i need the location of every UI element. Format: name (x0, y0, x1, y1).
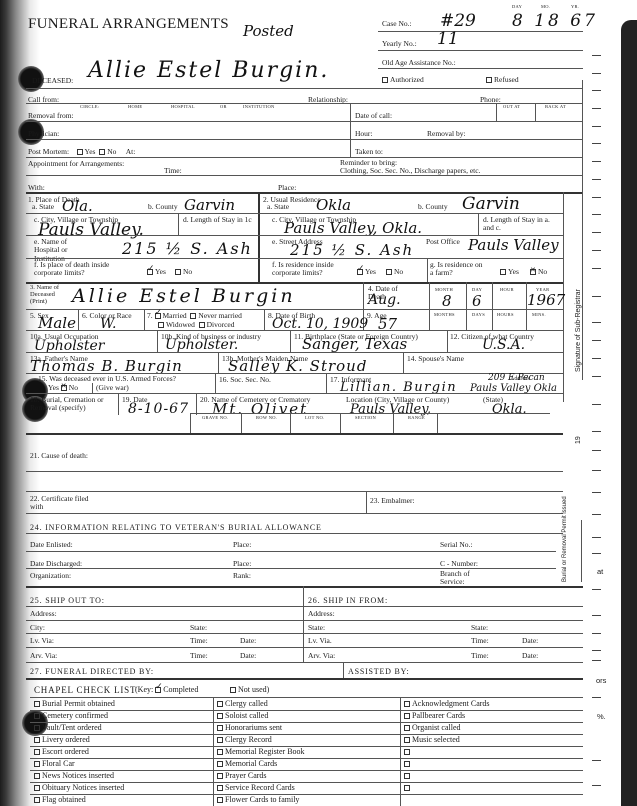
divider (492, 282, 493, 330)
divider (92, 383, 93, 393)
divorced-checkbox[interactable] (199, 322, 205, 328)
key-label: (Key: (135, 685, 153, 694)
margin-tick (592, 214, 601, 215)
divider (26, 258, 258, 259)
ur-length-stay-label: d. Length of Stay in a. and c. (483, 216, 558, 233)
dob-value[interactable]: Oct. 10, 1909 (272, 317, 368, 331)
divider (26, 513, 563, 514)
ship-out-arv-via-label: Arv. Via: (30, 652, 57, 660)
checklist-item[interactable]: Music selected (404, 736, 460, 744)
divider (26, 491, 563, 492)
margin-tick (592, 179, 601, 180)
margin-tick (592, 431, 601, 432)
case-date-value[interactable]: 8 18 67 (512, 13, 598, 30)
pod-state-label: a. State (32, 203, 54, 211)
divorced-label: Divorced (207, 320, 235, 329)
removal-by-label: Removal by: (427, 130, 466, 138)
checklist-item[interactable]: Flower Cards to family (217, 796, 299, 804)
dod-day-value[interactable]: 6 (472, 294, 482, 309)
out-at-label: OUT AT (503, 105, 520, 110)
checklist-item[interactable]: Service Record Cards (217, 784, 295, 792)
organization-label: Organization: (30, 572, 71, 580)
divider (350, 103, 351, 157)
ship-out-address-label: Address: (30, 610, 57, 618)
divider (196, 393, 197, 415)
age-months-col: MONTHS (434, 313, 455, 318)
year-prefix: 19 (575, 436, 582, 444)
divider (303, 586, 304, 662)
ur-farm-yes-checkbox[interactable]: Yes (500, 268, 519, 276)
removal-from-label: Removal from: (28, 112, 74, 120)
not-used-label: Not used) (238, 685, 269, 694)
yearly-no-value[interactable]: 11 (437, 31, 459, 48)
divider (30, 734, 583, 735)
name-of-deceased-label: 3. Name of Deceased (Print) (30, 285, 64, 305)
checklist-item[interactable]: Cemetery confirmed (34, 712, 108, 720)
divider (343, 662, 344, 678)
ship-in-state-label: State: (308, 624, 325, 632)
home-option[interactable]: HOME (128, 105, 142, 110)
married-checkbox[interactable] (155, 313, 161, 319)
branch-label: Branch of Service: (440, 570, 480, 586)
divider (258, 192, 260, 282)
hospital-option[interactable]: HOSPITAL (171, 105, 195, 110)
margin-tick (592, 660, 601, 661)
embalmer-label: 23. Embalmer: (370, 497, 415, 505)
widowed-label: Widowed (166, 320, 195, 329)
pod-state-value[interactable]: Ola. (62, 199, 93, 214)
divider (258, 213, 563, 214)
yearly-no-label: Yearly No.: (382, 40, 417, 48)
divider (30, 746, 583, 747)
appointment-label: Appointment for Arrangements: (28, 160, 124, 168)
marital-status: 7. Married Never married (147, 312, 242, 320)
physician-label: Physician: (28, 130, 59, 138)
checklist-item[interactable]: Escort ordered (34, 748, 89, 756)
divider (26, 471, 563, 472)
margin-tick (592, 650, 601, 651)
divider (447, 330, 448, 352)
cause-of-death-label: 21. Cause of death: (30, 452, 88, 460)
sex-value[interactable]: Male (38, 316, 76, 331)
day-col-label: DAY (512, 5, 522, 10)
divider (366, 491, 367, 513)
marital-status-2: Widowed Divorced (158, 321, 235, 329)
margin-tick (592, 358, 601, 359)
dod-year-value[interactable]: 1967 (527, 293, 565, 308)
divider (535, 103, 536, 121)
refused-checkbox[interactable]: Refused (486, 76, 519, 84)
ors-fragment: ors (596, 677, 606, 685)
place-label: Place: (278, 184, 296, 192)
funeral-directed-label: 27. FUNERAL DIRECTED BY: (30, 667, 154, 676)
pod-hospital-value[interactable]: 215 ½ S. Ash (122, 241, 253, 257)
pod-corporate-label: f. Is place of death inside corporate li… (34, 261, 124, 278)
mo-col-label: MO. (541, 5, 550, 10)
no-label: No (538, 267, 547, 276)
chapel-checklist-title: CHAPEL CHECK LIST (34, 685, 136, 695)
date-of-death-value[interactable]: Aug. (368, 293, 401, 307)
post-mortem-no-checkbox[interactable] (99, 149, 105, 155)
business-value[interactable]: Upholster. (165, 338, 238, 352)
married-label: Married (163, 311, 187, 320)
deceased-label: DECEASED: (32, 77, 73, 85)
divider (326, 373, 327, 393)
never-married-checkbox[interactable] (190, 313, 196, 319)
old-age-label: Old Age Assistance No.: (382, 59, 456, 67)
burial-cremation-label: 18. Burial, Cremation or Removal (specif… (30, 396, 110, 413)
divider (26, 647, 583, 648)
certificate-filed-label: 22. Certificate filed with (30, 495, 100, 512)
form-title: FUNERAL ARRANGEMENTS (28, 16, 229, 33)
divider (215, 373, 216, 393)
deceased-value[interactable]: Allie Estel Burgin. (88, 60, 329, 82)
divider (26, 393, 563, 394)
margin-tick (592, 197, 601, 198)
checklist-item[interactable]: Livery ordered (34, 736, 90, 744)
ship-in-state2-label: State: (471, 624, 488, 632)
age-hours-col: HOURS (497, 313, 514, 318)
lot-no-col: LOT NO. (305, 416, 325, 421)
checklist-item[interactable]: Burial Permit obtained (34, 700, 115, 708)
checklist-item[interactable]: Clergy Record (217, 736, 272, 744)
occupation-value[interactable]: Upholster (34, 339, 104, 353)
no-label: No (394, 267, 403, 276)
address-value-line1[interactable]: 209 E Pecan (488, 374, 545, 383)
checklist-key-2: Not used) (230, 686, 269, 694)
divider (26, 352, 563, 353)
pod-length-stay-label: d. Length of Stay in 1c (183, 216, 253, 224)
dod-month-value[interactable]: 8 (442, 294, 452, 309)
divider (26, 568, 556, 569)
ur-street-value[interactable]: 215 ½ S. Ash (290, 243, 414, 258)
range-col: RANGE (408, 416, 425, 421)
margin-tick (592, 250, 601, 251)
mother-value[interactable]: Salley K. Stroud (228, 359, 367, 374)
divider (190, 413, 550, 414)
margin-tick (592, 340, 601, 341)
institution-option[interactable]: INSTITUTION (243, 105, 275, 110)
checklist-item[interactable] (404, 772, 412, 780)
divider (30, 710, 583, 711)
margin-tick (592, 404, 601, 405)
ship-out-label: 25. SHIP OUT TO: (30, 596, 105, 605)
armed-forces-label: 15. Was deceased ever in U.S. Armed Forc… (38, 375, 176, 383)
date-enlisted-label: Date Enlisted: (30, 541, 73, 549)
ship-in-lv-date-label: Date: (522, 637, 538, 645)
margin-tick (592, 90, 601, 91)
margin-tick (592, 143, 601, 144)
margin-tick (592, 514, 601, 515)
margin-tick (592, 553, 601, 554)
yes-label: Yes (508, 267, 519, 276)
or-label: OR (220, 105, 227, 110)
checklist-item[interactable]: Organist called (404, 724, 461, 732)
margin-tick (592, 492, 601, 493)
margin-tick (592, 73, 601, 74)
ship-in-label: 26. SHIP IN FROM: (308, 596, 388, 605)
ship-in-arv-via-label: Arv. Via: (308, 652, 335, 660)
checklist-item[interactable]: Prayer Cards (217, 772, 267, 780)
margin-tick (592, 126, 601, 127)
discharged-place-label: Place: (233, 560, 251, 568)
checklist-item[interactable] (404, 748, 412, 756)
divider (26, 586, 583, 588)
never-married-label: Never married (198, 311, 242, 320)
pod-corporate-yes-checkbox[interactable]: Yes (147, 268, 166, 276)
divider (466, 282, 467, 330)
checklist-item[interactable]: Obituary Notices inserted (34, 784, 124, 792)
permit-label: Burial or Removal Permit issued (562, 496, 568, 582)
ur-state-label: a. State (267, 203, 289, 211)
divider (429, 282, 430, 330)
ur-county-label: b. County (418, 203, 448, 211)
armed-no-checkbox[interactable] (61, 385, 67, 391)
margin-tick (592, 537, 601, 538)
post-mortem-row: Post Mortem: Yes No At: (28, 148, 135, 156)
divider (478, 213, 479, 235)
divider (400, 697, 401, 806)
margin-tick (592, 322, 601, 323)
divider (393, 413, 394, 433)
ship-out-arv-time-label: Time: (190, 652, 208, 660)
divider (213, 697, 214, 806)
father-value[interactable]: Thomas B. Burgin (30, 359, 183, 374)
at-fragment: at (597, 568, 603, 576)
divider (30, 782, 583, 783)
dod-hour-col: HOUR (500, 288, 514, 293)
checklist-item[interactable]: Clergy called (217, 700, 268, 708)
divider (178, 213, 179, 235)
post-mortem-yes-checkbox[interactable] (77, 149, 83, 155)
divider (30, 794, 583, 795)
margin-tick (592, 161, 601, 162)
margin-tick (592, 450, 601, 451)
taken-to-label: Taken to: (355, 148, 383, 156)
divider (26, 139, 583, 140)
margin-tick (592, 470, 601, 471)
checklist-item[interactable]: News Notices inserted (34, 772, 114, 780)
divider (264, 309, 265, 330)
ship-out-lv-date-label: Date: (240, 637, 256, 645)
margin-tick (592, 697, 601, 698)
divider (26, 175, 583, 176)
key-completed-icon (155, 687, 161, 693)
ship-in-address-label: Address: (308, 610, 335, 618)
divider (26, 235, 258, 236)
ur-corporate-no-checkbox[interactable]: No (386, 268, 403, 276)
ship-in-arv-time-label: Time: (471, 652, 489, 660)
margin-tick (592, 55, 601, 56)
refused-label: Refused (494, 75, 519, 84)
ur-corporate-label: f. Is residence inside corporate limits? (272, 261, 352, 278)
checklist-item[interactable]: Memorial Cards (217, 760, 277, 768)
divider (190, 413, 191, 433)
ur-state-value[interactable]: Okla (316, 198, 351, 213)
margin-tick (592, 296, 601, 297)
divider (403, 352, 404, 373)
divider (26, 678, 583, 680)
marital-label: 7. (147, 311, 153, 320)
checklist-item[interactable]: Acknowledgment Cards (404, 700, 490, 708)
circle-label: CIRCLE: (80, 105, 99, 110)
reminder-items: Clothing, Soc. Sec. No., Discharge paper… (340, 167, 480, 175)
divider (26, 309, 563, 310)
divider (30, 722, 583, 723)
ur-corporate-yes-checkbox[interactable]: Yes (357, 268, 376, 276)
divider (30, 770, 583, 771)
scan-edge (621, 20, 637, 806)
divider (157, 330, 158, 352)
enlisted-place-label: Place: (233, 541, 251, 549)
sub-registrar-label: Signature of Sub-Registrar (575, 289, 582, 372)
citizen-value[interactable]: U.S.A. (482, 338, 525, 352)
divider (26, 213, 258, 214)
ur-farm-no-checkbox[interactable]: No (530, 268, 547, 276)
armed-yes-label: Yes (48, 383, 59, 392)
age-mins-col: MINS. (532, 313, 546, 318)
armed-no-label: No (69, 383, 78, 392)
key-not-used-icon (230, 687, 236, 693)
divider (26, 330, 563, 331)
divider (26, 633, 583, 634)
case-no-label: Case No.: (382, 20, 412, 28)
pod-corporate-no-checkbox[interactable]: No (175, 268, 192, 276)
with-label: With: (28, 184, 45, 192)
cemetery-state-value[interactable]: Okla. (492, 403, 527, 416)
divider (30, 758, 583, 759)
race-value[interactable]: W. (100, 317, 116, 331)
back-at-label: BACK AT (545, 105, 566, 110)
posted-note: Posted (243, 24, 294, 39)
hour-label: Hour: (355, 130, 373, 138)
divider (241, 413, 242, 433)
ur-post-office-value[interactable]: Pauls Valley (468, 238, 559, 253)
margin-tick (592, 376, 601, 377)
checklist-item[interactable]: Pallbearer Cards (404, 712, 465, 720)
checklist-item[interactable]: Vault/Tent ordered (34, 724, 102, 732)
at-label: At: (126, 147, 136, 156)
completed-label: Completed (163, 685, 198, 694)
divider (290, 330, 291, 352)
divider (26, 103, 583, 104)
divider (437, 413, 438, 433)
age-days-col: DAYS (472, 313, 485, 318)
widowed-checkbox[interactable] (158, 322, 164, 328)
checklist-item[interactable] (404, 784, 412, 792)
name-of-deceased-value[interactable]: Allie Estel Burgin (72, 287, 296, 306)
pod-county-value[interactable]: Garvin (184, 198, 235, 213)
divider (378, 50, 583, 51)
divider (26, 157, 583, 158)
date-of-call-label: Date of call: (355, 112, 392, 120)
ship-in-lv-time-label: Time: (471, 637, 489, 645)
divider (26, 533, 563, 534)
ur-post-office-label: Post Office (426, 238, 460, 246)
checklist-item[interactable]: Memorial Register Book (217, 748, 305, 756)
yes-label: Yes (85, 147, 96, 156)
divider (581, 520, 582, 582)
checklist-key: (Key: Completed (135, 686, 198, 694)
yes-label: Yes (155, 267, 166, 276)
rank-label: Rank: (233, 572, 251, 580)
divider (427, 258, 428, 282)
divider (78, 309, 79, 330)
divider (26, 433, 563, 435)
no-label: No (183, 267, 192, 276)
ship-in-lv-via-label: Lv. Via. (308, 637, 332, 645)
margin-tick (592, 615, 601, 616)
grave-no-col: GRAVE NO. (202, 416, 228, 421)
assisted-by-label: ASSISTED BY: (348, 667, 410, 676)
authorized-checkbox[interactable]: Authorized (382, 76, 424, 84)
birthplace-value[interactable]: Sanger, Texas (302, 337, 407, 352)
pod-county-label: b. County (148, 203, 178, 211)
divider (496, 103, 497, 121)
margin-tick (592, 760, 601, 761)
divider (378, 31, 583, 32)
section-col: SECTION (355, 416, 376, 421)
no-label: No (107, 147, 116, 156)
yes-label: Yes (365, 267, 376, 276)
checklist-item[interactable] (404, 760, 412, 768)
row-no-col: ROW NO. (256, 416, 277, 421)
time-label: Time: (164, 167, 182, 175)
divider (26, 662, 583, 663)
divider (118, 393, 119, 415)
ur-farm-label: g. Is residence on a farm? (430, 261, 485, 278)
divider (340, 413, 341, 433)
ship-out-state-label: State: (190, 624, 207, 632)
ship-out-lv-via-label: Lv. Via: (30, 637, 54, 645)
case-no-value[interactable]: #29 (440, 13, 476, 30)
yr-col-label: YR. (571, 5, 579, 10)
armed-forces-options: Yes No (48, 384, 78, 392)
divider (144, 309, 145, 330)
ur-county-value[interactable]: Garvin (462, 196, 520, 213)
ship-in-arv-date-label: Date: (522, 652, 538, 660)
margin-tick (592, 633, 601, 634)
checklist-item[interactable]: Flag obtained (34, 796, 86, 804)
post-mortem-label: Post Mortem: (28, 147, 69, 156)
margin-tick (592, 589, 601, 590)
date-discharged-label: Date Discharged: (30, 560, 82, 568)
ship-out-lv-time-label: Time: (190, 637, 208, 645)
spouse-label: 14. Spouse's Name (407, 355, 464, 363)
soc-sec-label: 16. Soc. Sec. No. (219, 376, 271, 384)
checklist-item[interactable]: Soloist called (217, 712, 268, 720)
divider (26, 620, 583, 621)
divider (378, 68, 583, 69)
divider (218, 352, 219, 373)
divider (26, 282, 563, 284)
checklist-item[interactable]: Floral Car (34, 760, 75, 768)
ship-out-arv-date-label: Date: (240, 652, 256, 660)
divider (290, 413, 291, 433)
divider (26, 121, 583, 122)
checklist-item[interactable]: Honorariums sent (217, 724, 282, 732)
authorized-label: Authorized (390, 75, 424, 84)
c-number-label: C - Number: (440, 560, 478, 568)
ur-city-value[interactable]: Pauls Valley, Okla. (284, 221, 422, 236)
margin-tick (592, 268, 601, 269)
burial-date-value[interactable]: 8-10-67 (128, 402, 189, 416)
divider (30, 697, 583, 698)
margin-tick (592, 108, 601, 109)
divider (582, 80, 583, 380)
margin-tick (592, 785, 601, 786)
divider (26, 606, 583, 607)
